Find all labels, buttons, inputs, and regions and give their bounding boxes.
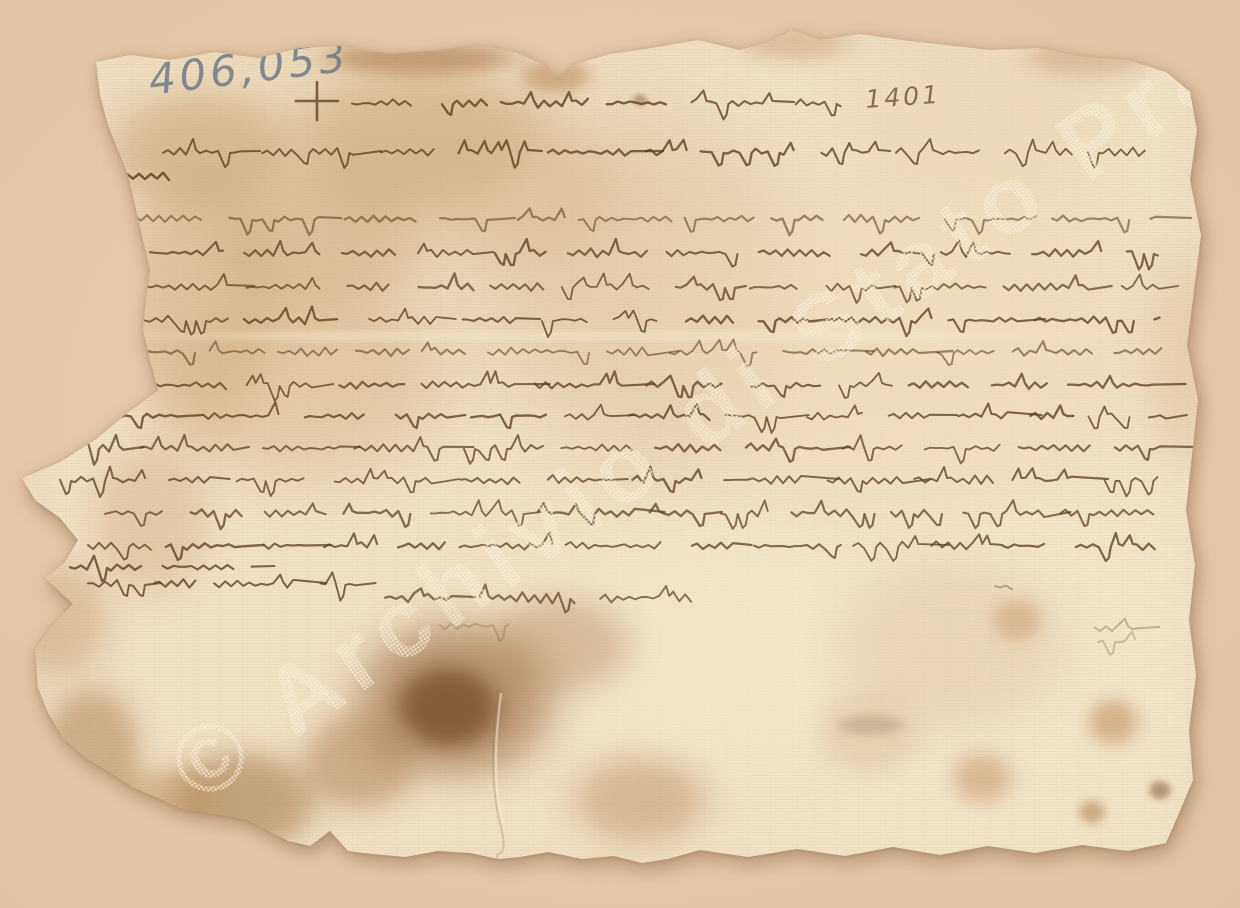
handwriting-line xyxy=(356,349,409,357)
handwriting-line xyxy=(754,544,841,558)
handwriting-line xyxy=(88,580,161,596)
handwriting-line xyxy=(958,404,1041,419)
handwriting-line xyxy=(759,317,833,332)
handwriting-line xyxy=(1104,477,1157,496)
handwriting-line xyxy=(463,317,540,323)
handwriting-line xyxy=(343,504,410,527)
handwriting-line xyxy=(369,309,456,324)
handwriting-line xyxy=(565,405,635,420)
handwriting-line xyxy=(691,91,794,120)
handwriting-line xyxy=(320,572,375,600)
handwriting-line xyxy=(518,208,565,220)
handwriting-line xyxy=(440,624,509,642)
handwriting-line xyxy=(262,148,381,168)
handwriting-line xyxy=(725,415,808,433)
heading-year-text: 1401 xyxy=(864,80,941,114)
handwriting-line xyxy=(108,414,203,428)
handwriting-line xyxy=(252,566,275,567)
handwriting-line xyxy=(844,215,919,234)
handwriting-line xyxy=(342,249,395,256)
handwriting-line xyxy=(246,278,319,289)
handwriting-line xyxy=(244,306,337,324)
handwriting-line xyxy=(278,348,337,356)
handwriting-line xyxy=(861,242,934,265)
handwriting-line xyxy=(122,173,169,181)
handwriting-line xyxy=(685,216,754,232)
handwriting-line xyxy=(909,381,968,388)
handwriting-line xyxy=(948,318,1045,333)
handwriting-line xyxy=(1052,216,1129,233)
handwriting-line xyxy=(692,543,751,549)
handwriting-line xyxy=(88,543,151,560)
handwriting-line xyxy=(70,556,141,581)
handwriting-line xyxy=(821,142,890,164)
handwriting-line xyxy=(607,347,678,355)
handwriting-line xyxy=(1005,140,1072,167)
handwriting-line xyxy=(143,382,226,389)
handwriting-line xyxy=(1030,405,1073,419)
handwriting-line xyxy=(352,99,411,105)
handwriting-line xyxy=(925,445,1000,464)
handwriting-line xyxy=(166,543,263,560)
handwriting-line xyxy=(889,413,957,419)
handwriting-line xyxy=(561,445,632,452)
handwriting-line xyxy=(191,509,242,529)
handwriting-line xyxy=(834,309,931,337)
handwriting-line xyxy=(1088,148,1145,168)
handwriting-line xyxy=(488,348,589,364)
handwriting-line xyxy=(1076,533,1155,561)
handwriting-line xyxy=(891,510,942,528)
handwriting-line xyxy=(676,277,746,300)
handwriting-line xyxy=(866,348,953,356)
handwriting-line xyxy=(140,435,248,452)
handwriting-line xyxy=(140,274,254,290)
handwriting-line xyxy=(1114,348,1161,354)
handwriting-line xyxy=(607,102,666,105)
handwriting-line xyxy=(347,283,388,291)
handwriting-line xyxy=(381,149,434,156)
manuscript-paper: 1401 © Archivio di Stato Prato 406,053 xyxy=(0,0,1240,908)
handwriting-line xyxy=(1013,341,1092,356)
handwriting-line xyxy=(796,99,841,115)
handwriting-line xyxy=(963,500,1070,528)
handwriting-line xyxy=(995,586,1012,590)
handwriting-line xyxy=(1032,241,1101,257)
handwriting-line xyxy=(751,383,820,397)
handwriting-line xyxy=(1003,544,1044,548)
handwriting-line xyxy=(461,478,520,485)
handwriting-line xyxy=(1098,632,1135,655)
handwriting-line xyxy=(1060,510,1153,526)
handwriting-line xyxy=(237,478,304,496)
handwriting-line xyxy=(229,217,341,235)
handwriting-line xyxy=(418,244,493,258)
handwriting-line xyxy=(1154,318,1159,320)
handwriting-line xyxy=(1115,445,1199,460)
handwriting-line xyxy=(169,477,230,483)
handwriting-line xyxy=(335,469,460,493)
handwriting-line xyxy=(130,215,201,222)
handwriting-line xyxy=(542,319,587,337)
paper-shadow: 1401 © Archivio di Stato Prato 406,053 xyxy=(0,0,1240,908)
handwriting-line xyxy=(759,250,830,257)
handwriting-line xyxy=(914,467,993,484)
handwriting-line xyxy=(666,250,737,267)
handwriting-line xyxy=(562,273,649,299)
handwriting-line xyxy=(670,340,757,368)
handwriting-line xyxy=(839,373,892,398)
handwriting-line xyxy=(203,402,278,419)
handwriting-line xyxy=(296,82,338,120)
handwriting-line xyxy=(247,374,334,401)
handwriting-line xyxy=(724,476,839,484)
handwriting-line xyxy=(264,544,331,549)
handwriting-line xyxy=(655,444,720,453)
handwriting-line xyxy=(843,435,902,460)
handwriting-line xyxy=(398,542,445,549)
handwriting-line xyxy=(896,139,979,164)
handwriting-line xyxy=(479,585,574,613)
handwriting-line xyxy=(992,374,1047,389)
handwriting-line xyxy=(354,437,473,461)
handwriting-line xyxy=(613,310,656,332)
handwriting-line xyxy=(431,500,541,526)
handwriting-line xyxy=(442,99,487,115)
handwriting-line xyxy=(1127,251,1158,269)
handwriting-line xyxy=(244,241,319,256)
handwriting-line xyxy=(459,533,552,550)
handwriting-line xyxy=(807,405,862,419)
handwriting-line xyxy=(345,216,416,222)
handwriting-line xyxy=(324,533,377,547)
handwriting-line xyxy=(1149,415,1187,419)
handwriting-line xyxy=(305,413,364,419)
handwriting-line xyxy=(568,239,647,257)
handwriting-line xyxy=(538,503,665,525)
handwriting-line xyxy=(263,446,360,452)
handwriting-line xyxy=(1068,376,1185,388)
handwriting-line xyxy=(105,511,162,526)
handwriting-line xyxy=(945,216,1036,234)
handwriting-line xyxy=(1095,619,1159,632)
handwriting-line xyxy=(495,239,546,265)
handwriting-line xyxy=(148,350,195,365)
handwriting-line xyxy=(80,435,143,465)
handwriting-line xyxy=(1088,407,1129,429)
handwriting-line xyxy=(150,242,223,255)
handwriting-line xyxy=(746,439,850,462)
handwriting-line xyxy=(548,475,628,483)
handwriting-line xyxy=(265,504,326,517)
handwriting-line xyxy=(629,404,710,420)
handwriting-line xyxy=(396,414,466,428)
handwriting-line xyxy=(1013,468,1109,481)
handwriting-line xyxy=(471,415,546,429)
scanned-manuscript-photo: 1401 © Archivio di Stato Prato 406,053 xyxy=(0,0,1240,908)
handwriting-line xyxy=(419,273,474,290)
handwriting-line xyxy=(783,349,873,354)
handwriting-line xyxy=(490,283,543,291)
handwriting-line xyxy=(750,285,797,289)
handwriting-line xyxy=(1122,275,1178,290)
handwriting-line xyxy=(579,217,672,232)
handwriting-line xyxy=(385,588,475,602)
handwriting-svg: 1401 xyxy=(0,0,1240,908)
handwriting-line xyxy=(686,316,733,324)
handwriting-line xyxy=(1035,317,1134,333)
handwriting-line xyxy=(650,504,722,526)
handwriting-line xyxy=(566,542,661,549)
handwriting-line xyxy=(853,536,949,561)
handwriting-line xyxy=(600,586,691,602)
handwriting-line xyxy=(163,139,260,167)
handwriting-line xyxy=(1004,275,1112,291)
handwriting-line xyxy=(154,579,195,587)
handwriting-line xyxy=(895,283,986,302)
handwriting-line xyxy=(501,92,588,108)
handwriting-line xyxy=(826,284,895,303)
handwriting-line xyxy=(1151,217,1192,219)
handwriting-line xyxy=(646,140,687,155)
handwriting-line xyxy=(791,501,874,528)
handwriting-line xyxy=(162,565,233,570)
handwriting-line xyxy=(339,382,404,389)
handwriting-line xyxy=(931,534,1002,549)
handwriting-line xyxy=(459,140,542,167)
handwriting-line xyxy=(210,341,265,353)
handwriting-line xyxy=(145,316,228,335)
handwriting-line xyxy=(632,467,701,492)
handwriting-line xyxy=(646,376,721,398)
handwriting-line xyxy=(422,343,465,355)
handwriting-line xyxy=(214,575,326,588)
handwriting-line xyxy=(701,143,794,166)
handwriting-line xyxy=(941,241,1010,258)
handwriting-line xyxy=(721,501,768,529)
handwriting-line xyxy=(60,467,145,497)
handwriting-line xyxy=(771,216,822,235)
handwriting-line xyxy=(421,371,549,388)
handwriting-line xyxy=(440,218,515,231)
handwriting-line xyxy=(1019,445,1090,451)
handwriting-line xyxy=(535,371,654,388)
handwriting-line xyxy=(464,435,543,464)
